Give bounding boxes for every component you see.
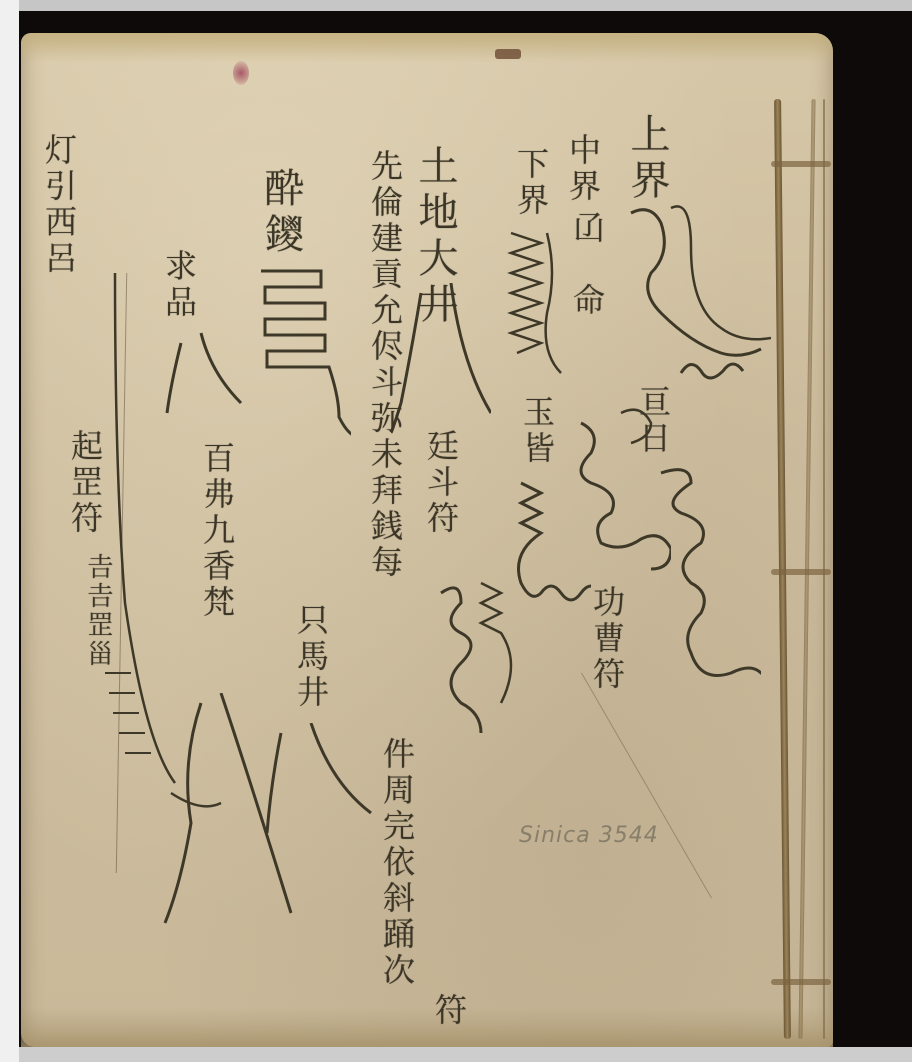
image-viewport[interactable]: 上界 亘日 中界 𠙶𤛟命 功曹符 下界 玉皆 土地大井 (19, 11, 912, 1047)
viewer-top-bar (19, 0, 912, 11)
column-2-body: 𠙶𤛟命 (571, 211, 603, 319)
dark-stain (495, 49, 521, 59)
binding-knot (771, 161, 831, 167)
red-seal-stain (233, 61, 249, 85)
viewer-left-margin (0, 0, 19, 1062)
talisman-wind-8b (161, 693, 301, 953)
page-worn-bottom-edge (21, 1007, 833, 1047)
talisman-ladder-6 (251, 251, 351, 451)
column-5-continuation: 件周完依斜踊次 (381, 737, 413, 989)
column-9-talisman-text: 𠮷𠮷罡甾 (85, 553, 111, 669)
talisman-zigzag-3 (491, 223, 571, 393)
column-3-trailing: 玉皆 (521, 395, 553, 467)
talisman-tick-9 (101, 253, 181, 813)
talisman-loops-4 (421, 573, 521, 743)
column-2-heading: 中界 (567, 133, 599, 205)
binding-knot (771, 979, 831, 985)
column-2-trailing: 功曹符 (591, 585, 623, 693)
column-3-heading: 下界 (515, 147, 547, 219)
stitched-binding (771, 99, 827, 1039)
binding-knot (771, 569, 831, 575)
column-8-body: 百弗九香梵 (201, 441, 233, 621)
page-worn-top-edge (21, 33, 833, 63)
column-5-text: 先倫建貢允侭斗弥未拜銭每 (369, 149, 401, 581)
viewer-bottom-bar (19, 1047, 912, 1062)
column-1-heading: 上界 (627, 113, 667, 205)
manuscript-page: 上界 亘日 中界 𠙶𤛟命 功曹符 下界 玉皆 土地大井 (21, 33, 833, 1047)
column-4-body: 廷斗符 (425, 429, 457, 537)
column-6-body: 𦉝香 (277, 443, 309, 515)
column-6-heading: 酔鑁 (261, 167, 301, 259)
archive-shelfmark: Sinica 3544 (519, 823, 659, 848)
column-5-trailing: 符 (433, 993, 465, 1029)
column-9-heading: 灯引西呂 (43, 133, 75, 277)
column-9-body: 起罡符 (69, 429, 101, 537)
